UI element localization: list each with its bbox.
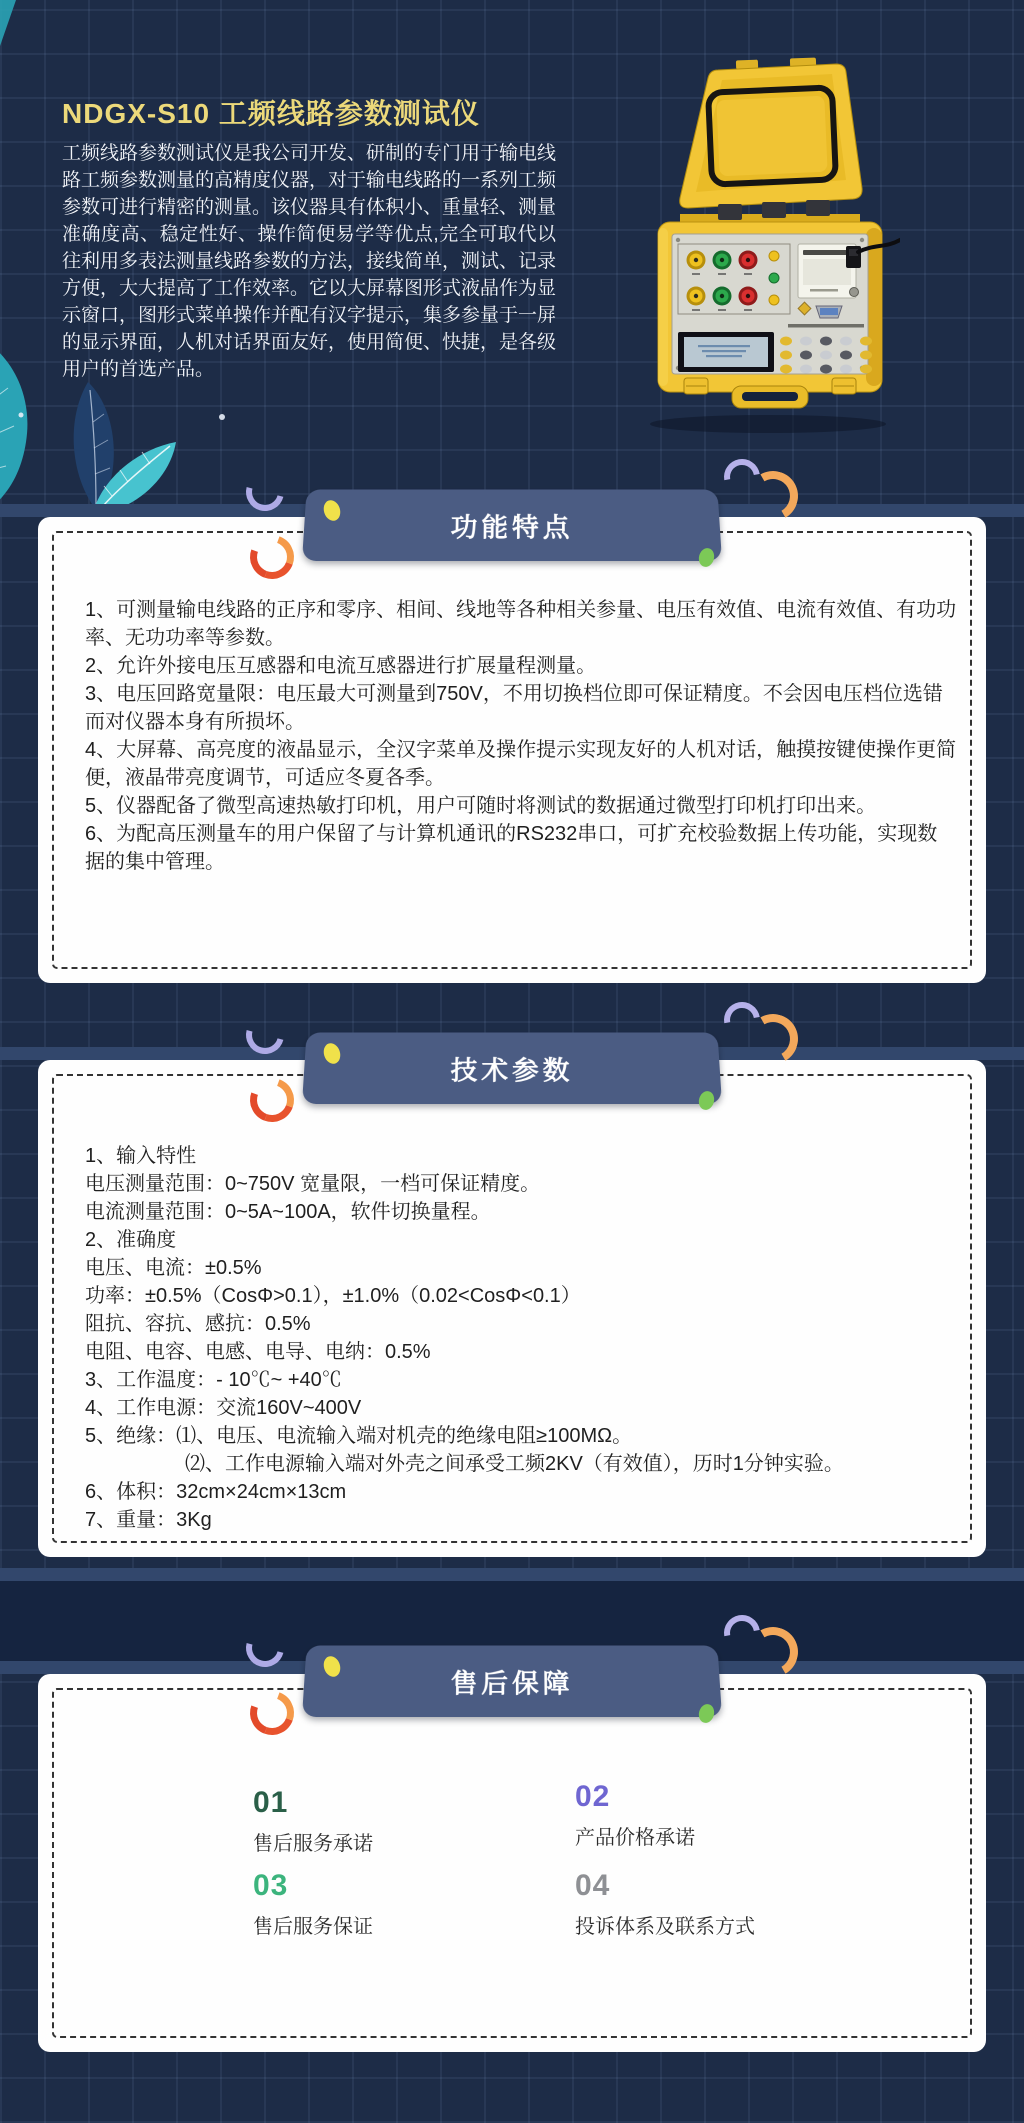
feature-item: 5、仪器配备了微型高速热敏打印机，用户可随时将测试的数据通过微型打印机打印出来。 [85, 792, 957, 820]
spec-line: 电阻、电容、电感、电导、电纳：0.5% [85, 1338, 957, 1366]
feature-item: 1、可测量输电线路的正序和零序、相间、线地等各种相关参量、电压有效值、电流有效值… [85, 596, 957, 652]
spec-line: ⑵、工作电源输入端对外壳之间承受工频2KV（有效值），历时1分钟实验。 [85, 1450, 957, 1478]
section-banner-service: 售后保障 [302, 1643, 722, 1717]
product-photo [640, 56, 900, 442]
page-title: NDGX-S10 工频线路参数测试仪 [62, 92, 480, 132]
service-item-label: 投诉体系及联系方式 [575, 1910, 755, 1939]
service-item: 02 产品价格承诺 [575, 1780, 695, 1850]
section-divider [0, 1568, 1024, 1581]
panel-label [788, 324, 864, 328]
service-item-number: 02 [575, 1780, 695, 1814]
service-item-label: 产品价格承诺 [575, 1821, 695, 1850]
feature-item: 2、允许外接电压互感器和电流互感器进行扩展量程测量。 [85, 652, 957, 680]
spec-line: 1、输入特性 [85, 1142, 957, 1170]
spec-line: 电流测量范围：0~5A~100A，软件切换量程。 [85, 1198, 957, 1226]
spec-line: 2、准确度 [85, 1226, 957, 1254]
service-item: 04 投诉体系及联系方式 [575, 1869, 755, 1939]
feature-item: 4、大屏幕、高亮度的液晶显示，全汉字菜单及操作提示实现友好的人机对话，触摸按键使… [85, 736, 957, 792]
spec-line: 7、重量：3Kg [85, 1506, 957, 1534]
service-item-label: 售后服务承诺 [253, 1827, 373, 1856]
spec-line: 电压测量范围：0~750V 宽量限，一档可保证精度。 [85, 1170, 957, 1198]
service-item: 01 售后服务承诺 [253, 1786, 373, 1856]
spec-line: 功率：±0.5%（CosΦ>0.1），±1.0%（0.02<CosΦ<0.1） [85, 1282, 957, 1310]
spec-line: 5、绝缘：⑴、电压、电流输入端对机壳的绝缘电阻≥100MΩ。 [85, 1422, 957, 1450]
spec-line: 6、体积：32cm×24cm×13cm [85, 1478, 957, 1506]
spec-line: 4、工作电源：交流160V~400V [85, 1394, 957, 1422]
spec-line: 电压、电流：±0.5% [85, 1254, 957, 1282]
service-item-number: 01 [253, 1786, 373, 1820]
carry-handle [732, 386, 808, 408]
specs-title: 技术参数 [450, 1049, 573, 1087]
case-lid [680, 58, 862, 208]
lcd-screen [678, 332, 774, 372]
instrument-illustration [640, 56, 900, 442]
corner-decoration [0, 0, 16, 46]
features-title: 功能特点 [450, 506, 573, 544]
service-item-number: 03 [253, 1869, 373, 1903]
service-item: 03 售后服务保证 [253, 1869, 373, 1939]
section-banner-specs: 技术参数 [302, 1030, 722, 1104]
features-list: 1、可测量输电线路的正序和零序、相间、线地等各种相关参量、电压有效值、电流有效值… [85, 596, 957, 876]
banner-box: 售后保障 [302, 1646, 722, 1717]
feature-item: 3、电压回路宽量限：电压最大可测量到750V，不用切换档位即可保证精度。不会因电… [85, 680, 957, 736]
feature-item: 6、为配高压测量车的用户保留了与计算机通讯的RS232串口，可扩充校验数据上传功… [85, 820, 957, 876]
spec-line: 阻抗、容抗、感抗：0.5% [85, 1310, 957, 1338]
spec-line: 3、工作温度：- 10℃~ +40℃ [85, 1366, 957, 1394]
banner-box: 功能特点 [302, 490, 722, 561]
specs-list: 1、输入特性 电压测量范围：0~750V 宽量限，一档可保证精度。 电流测量范围… [85, 1142, 957, 1534]
fuse-holder [850, 288, 859, 297]
section-banner-features: 功能特点 [302, 487, 722, 561]
banner-box: 技术参数 [302, 1033, 722, 1104]
serial-port [816, 306, 842, 318]
service-item-label: 售后服务保证 [253, 1910, 373, 1939]
product-description: 工频线路参数测试仪是我公司开发、研制的专门用于输电线路工频参数测量的高精度仪器，… [62, 140, 556, 383]
service-item-number: 04 [575, 1869, 755, 1903]
power-switch [846, 246, 861, 268]
service-title: 售后保障 [450, 1662, 573, 1700]
case-shadow [650, 415, 886, 433]
page: NDGX-S10 工频线路参数测试仪 工频线路参数测试仪是我公司开发、研制的专门… [0, 0, 1024, 2123]
service-card [38, 1674, 986, 2052]
